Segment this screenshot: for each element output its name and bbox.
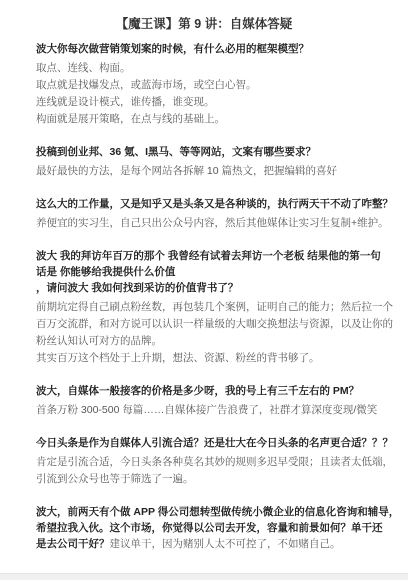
answer: 首条万粉 300-500 每篇……自媒体接广告浪费了，社群才算深度变现/微笑: [36, 402, 372, 419]
answer-line: 首条万粉 300-500 每篇……自媒体接广告浪费了，社群才算深度变现/微笑: [36, 402, 372, 419]
qa-block-submission: 投稿到创业邦、36 氪、I黑马、等等网站，文案有哪些要求？ 最好最快的方法，是每…: [36, 144, 372, 180]
question-line: 这么大的工作量，又是知乎又是头条又是各种谈的，执行两天干不动了咋整？: [36, 196, 372, 212]
question: 波大你每次做营销策划案的时候，有什么必用的框架模型？: [36, 41, 372, 57]
question-line: 波大，前两天有个做 APP 得公司想转型做传统小微企业的信息化咨询和辅导，: [36, 504, 372, 520]
question: 波大，自媒体一般接客的价格是多少呀，我的号上有三千左右的 PM？: [36, 383, 372, 399]
answer-line: 前期坑定得自己刷点粉丝数，再包装几个案例，证明自己的能力；然后拉一个: [36, 299, 372, 316]
qa-block-workload: 这么大的工作量，又是知乎又是头条又是各种谈的，执行两天干不动了咋整？ 养便宜的实…: [36, 196, 372, 232]
qa-block-toutiao: 今日头条是作为自媒体人引流合适？还是壮大在今日头条的名声更合适？？？ 肯定是引流…: [36, 435, 372, 488]
question-line: 话是 你能够给我提供什么价值: [36, 264, 372, 280]
question-line: 希望拉我入伙。这个市场，你觉得以公司去开发，容量和前景如何？单干还: [36, 520, 372, 536]
qa-block-solo-or-company: 波大，前两天有个做 APP 得公司想转型做传统小微企业的信息化咨询和辅导， 希望…: [36, 504, 372, 552]
answer-line: 百万交流群，和对方说可以认识一样量级的大咖交换想法与资源，以及让你的: [36, 316, 372, 333]
answer-line: 取点、连线、构面。: [36, 60, 372, 77]
answer-line: 取点就是找爆发点，或蓝海市场，或空白心智。: [36, 77, 372, 94]
answer-line: 肯定是引流合适，今日头条各种莫名其妙的规则多迟早受限；且读者太低端，: [36, 454, 372, 471]
answer-line: 引流到公众号也等于筛选了一遍。: [36, 471, 372, 488]
answer: 肯定是引流合适，今日头条各种莫名其妙的规则多迟早受限；且读者太低端， 引流到公众…: [36, 454, 372, 488]
question-line: 波大 我的拜访年百万的那个 我曾经有试着去拜访一个老板 结果他的第一句: [36, 248, 372, 264]
answer-line: 粉丝认知认可对方的品牌。: [36, 333, 372, 350]
answer: 取点、连线、构面。 取点就是找爆发点，或蓝海市场，或空白心智。 连线就是设计模式…: [36, 60, 372, 128]
question-line: 今日头条是作为自媒体人引流合适？还是壮大在今日头条的名声更合适？？？: [36, 435, 372, 451]
qa-block-interview-endorsement: 波大 我的拜访年百万的那个 我曾经有试着去拜访一个老板 结果他的第一句 话是 你…: [36, 248, 372, 367]
answer: 最好最快的方法，是每个网站各拆解 10 篇热文，把握编辑的喜好: [36, 163, 372, 180]
answer-line: 构面就是展开策略，在点与线的基础上。: [36, 111, 372, 128]
answer: 前期坑定得自己刷点粉丝数，再包装几个案例，证明自己的能力；然后拉一个 百万交流群…: [36, 299, 372, 367]
bottom-divider: [0, 573, 408, 580]
answer-line: 其实百万这个档处于上升期，想法、资源、粉丝的背书够了。: [36, 350, 372, 367]
qa-block-frameworks: 波大你每次做营销策划案的时候，有什么必用的框架模型？ 取点、连线、构面。 取点就…: [36, 41, 372, 128]
question-answer-mixed-line: 是去公司干好？建议单干，因为赌别人太不可控了，不如赌自己。: [36, 536, 372, 552]
question-line: ，请问波大 我如何找到采访的价值背书了？: [36, 280, 372, 296]
page-title: 【魔王课】第 9 讲：自媒体答疑: [36, 14, 372, 35]
question-line: 波大你每次做营销策划案的时候，有什么必用的框架模型？: [36, 41, 372, 57]
answer-line: 连线就是设计模式，谁传播，谁变现。: [36, 94, 372, 111]
question: 这么大的工作量，又是知乎又是头条又是各种谈的，执行两天干不动了咋整？: [36, 196, 372, 212]
question: 今日头条是作为自媒体人引流合适？还是壮大在今日头条的名声更合适？？？: [36, 435, 372, 451]
qa-block-ad-pricing: 波大，自媒体一般接客的价格是多少呀，我的号上有三千左右的 PM？ 首条万粉 30…: [36, 383, 372, 419]
answer: 养便宜的实习生，自己只出公众号内容，然后其他媒体让实习生复制+维护。: [36, 215, 372, 232]
question: 波大，前两天有个做 APP 得公司想转型做传统小微企业的信息化咨询和辅导， 希望…: [36, 504, 372, 552]
answer-line: 养便宜的实习生，自己只出公众号内容，然后其他媒体让实习生复制+维护。: [36, 215, 372, 232]
question-tail: 是去公司干好？: [36, 538, 110, 550]
question-line: 波大，自媒体一般接客的价格是多少呀，我的号上有三千左右的 PM？: [36, 383, 372, 399]
question: 波大 我的拜访年百万的那个 我曾经有试着去拜访一个老板 结果他的第一句 话是 你…: [36, 248, 372, 296]
answer-line: 最好最快的方法，是每个网站各拆解 10 篇热文，把握编辑的喜好: [36, 163, 372, 180]
inline-answer: 建议单干，因为赌别人太不可控了，不如赌自己。: [110, 538, 341, 550]
question-line: 投稿到创业邦、36 氪、I黑马、等等网站，文案有哪些要求？: [36, 144, 372, 160]
question: 投稿到创业邦、36 氪、I黑马、等等网站，文案有哪些要求？: [36, 144, 372, 160]
document-page: 【魔王课】第 9 讲：自媒体答疑 波大你每次做营销策划案的时候，有什么必用的框架…: [0, 0, 408, 552]
